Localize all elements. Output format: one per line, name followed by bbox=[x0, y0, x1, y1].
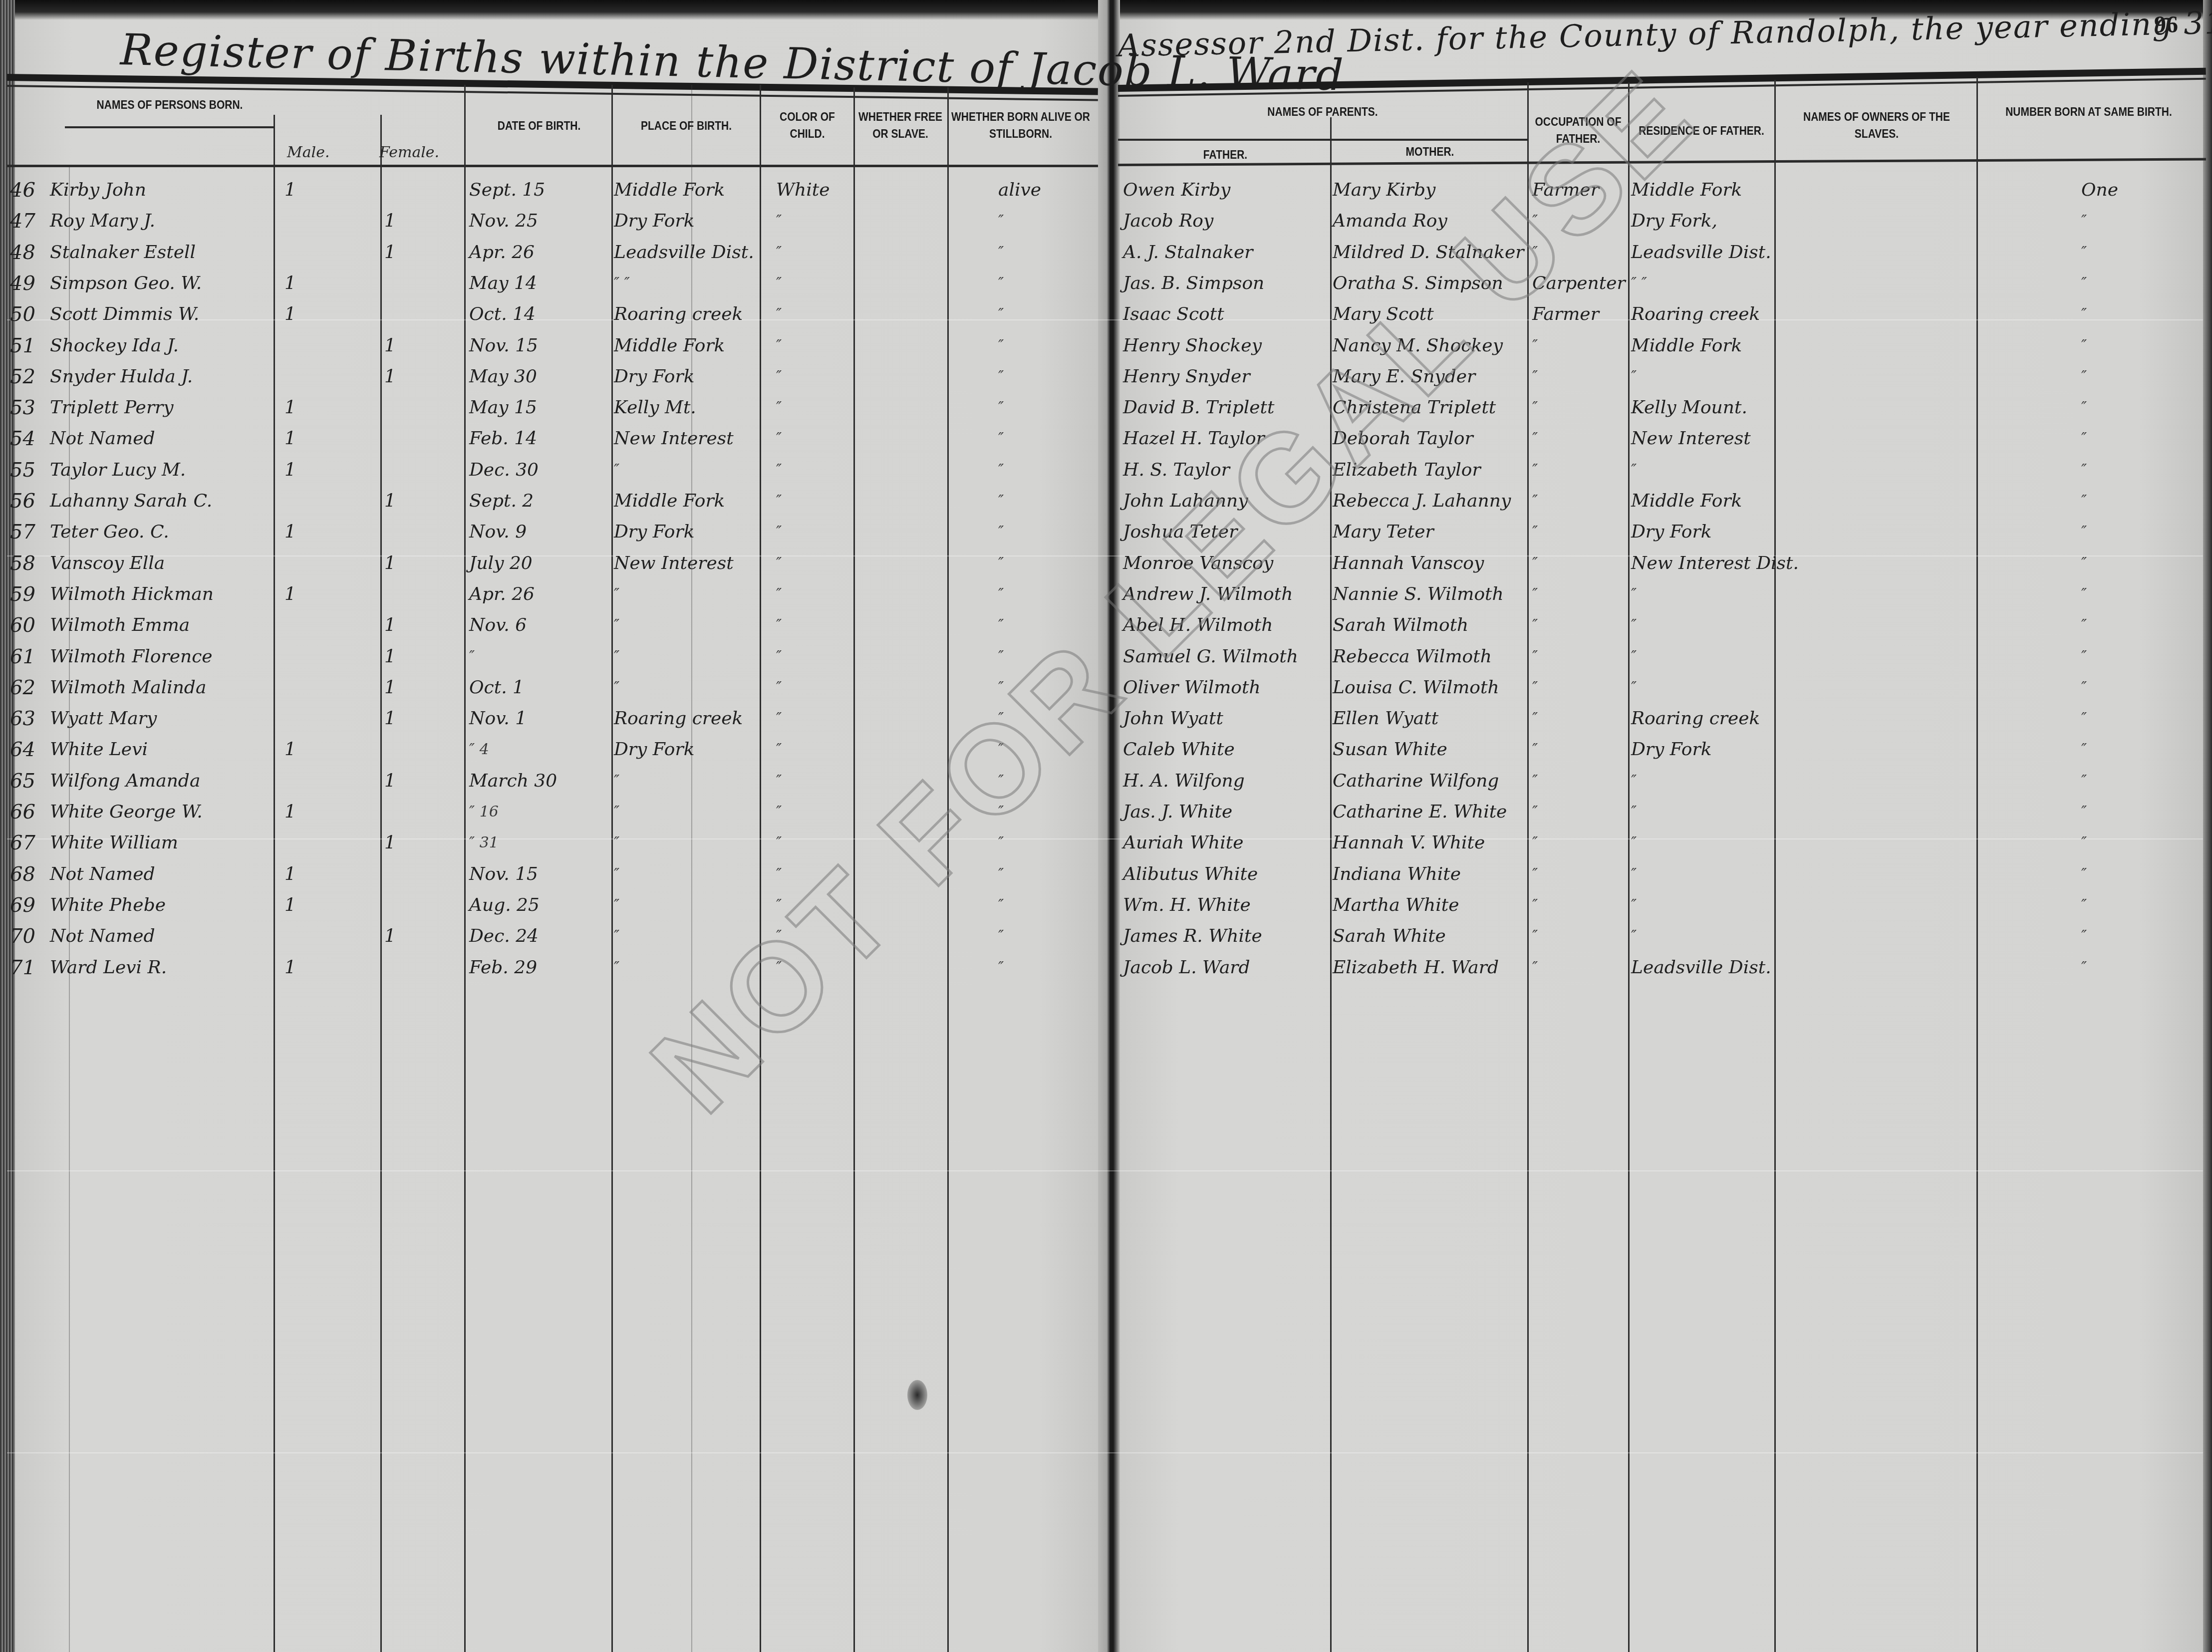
alive-or-stillborn: ″ bbox=[998, 579, 1004, 610]
place-of-birth: Middle Fork bbox=[614, 486, 725, 517]
color-of-child: ″ bbox=[776, 268, 782, 299]
place-of-birth: Dry Fork bbox=[614, 361, 695, 392]
place-of-birth: Dry Fork bbox=[614, 734, 695, 765]
record-number: 55 bbox=[10, 455, 35, 486]
date-of-birth: May 14 bbox=[469, 268, 537, 299]
alive-or-stillborn: ″ bbox=[998, 486, 1004, 517]
father-name: Caleb White bbox=[1123, 734, 1235, 765]
date-of-birth: ″ 31 bbox=[469, 827, 499, 858]
names-subrule bbox=[65, 126, 275, 128]
header-date-of-birth: DATE OF BIRTH. bbox=[469, 118, 609, 135]
father-residence: ″ bbox=[1631, 890, 1637, 921]
color-of-child: ″ bbox=[776, 734, 782, 765]
father-occupation: ″ bbox=[1532, 579, 1538, 610]
place-of-birth: ″ bbox=[614, 827, 619, 858]
mother-name: Mary Kirby bbox=[1333, 175, 1435, 206]
alive-or-stillborn: ″ bbox=[998, 361, 1004, 392]
place-of-birth: ″ bbox=[614, 455, 619, 486]
father-occupation: ″ bbox=[1532, 797, 1538, 827]
date-of-birth: Oct. 14 bbox=[469, 299, 536, 330]
date-of-birth: July 20 bbox=[469, 548, 533, 579]
table-row: 69 White Phebe 1 Aug. 25 ″ ″ ″ Wm. H. Wh… bbox=[0, 890, 2212, 921]
alive-or-stillborn: ″ bbox=[998, 237, 1004, 268]
place-of-birth: ″ bbox=[614, 610, 619, 641]
table-row: 55 Taylor Lucy M. 1 Dec. 30 ″ ″ ″ H. S. … bbox=[0, 455, 2212, 486]
female-count: 1 bbox=[384, 827, 396, 858]
child-name: Shockey Ida J. bbox=[50, 330, 179, 361]
place-of-birth: Roaring creek bbox=[614, 703, 743, 734]
child-name: White Levi bbox=[50, 734, 148, 765]
place-of-birth: ″ bbox=[614, 641, 619, 672]
male-count: 1 bbox=[284, 734, 296, 765]
header-female: Female. bbox=[379, 144, 439, 161]
record-number: 46 bbox=[10, 175, 35, 206]
mother-name: Hannah Vanscoy bbox=[1333, 548, 1484, 579]
number-born: ″ bbox=[2081, 548, 2087, 579]
female-count: 1 bbox=[384, 641, 396, 672]
number-born: ″ bbox=[2081, 517, 2087, 548]
male-count: 1 bbox=[284, 579, 296, 610]
color-of-child: ″ bbox=[776, 455, 782, 486]
alive-or-stillborn: ″ bbox=[998, 610, 1004, 641]
record-number: 61 bbox=[10, 641, 35, 672]
alive-or-stillborn: ″ bbox=[998, 517, 1004, 548]
child-name: Kirby John bbox=[50, 175, 146, 206]
number-born: ″ bbox=[2081, 921, 2087, 952]
male-count: 1 bbox=[284, 952, 296, 983]
father-residence: New Interest bbox=[1631, 423, 1751, 454]
header-male: Male. bbox=[287, 144, 330, 161]
record-number: 56 bbox=[10, 486, 35, 517]
ruled-line bbox=[7, 1452, 2203, 1453]
date-of-birth: Sept. 2 bbox=[469, 486, 534, 517]
father-residence: Roaring creek bbox=[1631, 299, 1760, 330]
mother-name: Martha White bbox=[1333, 890, 1459, 921]
father-occupation: ″ bbox=[1532, 734, 1538, 765]
record-number: 71 bbox=[10, 952, 35, 983]
number-born: ″ bbox=[2081, 237, 2087, 268]
father-occupation: ″ bbox=[1532, 455, 1538, 486]
record-number: 68 bbox=[10, 859, 35, 890]
father-occupation: ″ bbox=[1532, 330, 1538, 361]
color-of-child: ″ bbox=[776, 641, 782, 672]
father-residence: ″ bbox=[1631, 859, 1637, 890]
date-of-birth: Apr. 26 bbox=[469, 579, 535, 610]
color-of-child: ″ bbox=[776, 206, 782, 237]
father-residence: ″ ″ bbox=[1631, 268, 1647, 299]
date-of-birth: Sept. 15 bbox=[469, 175, 545, 206]
number-born: ″ bbox=[2081, 299, 2087, 330]
color-of-child: ″ bbox=[776, 423, 782, 454]
color-of-child: ″ bbox=[776, 517, 782, 548]
father-name: Jacob Roy bbox=[1123, 206, 1213, 237]
table-row: 71 Ward Levi R. 1 Feb. 29 ″ ″ ″ Jacob L.… bbox=[0, 952, 2212, 983]
female-count: 1 bbox=[384, 548, 396, 579]
place-of-birth: ″ bbox=[614, 890, 619, 921]
date-of-birth: Oct. 1 bbox=[469, 672, 524, 703]
table-row: 48 Stalnaker Estell 1 Apr. 26 Leadsville… bbox=[0, 237, 2212, 268]
record-number: 62 bbox=[10, 672, 35, 703]
father-name: Jas. B. Simpson bbox=[1123, 268, 1264, 299]
female-count: 1 bbox=[384, 486, 396, 517]
father-residence: ″ bbox=[1631, 361, 1637, 392]
child-name: Wilmoth Hickman bbox=[50, 579, 214, 610]
number-born: ″ bbox=[2081, 703, 2087, 734]
mother-name: Hannah V. White bbox=[1333, 827, 1485, 858]
father-residence: ″ bbox=[1631, 455, 1637, 486]
number-born: ″ bbox=[2081, 797, 2087, 827]
place-of-birth: Kelly Mt. bbox=[614, 392, 696, 423]
date-of-birth: Dec. 24 bbox=[469, 921, 539, 952]
header-mother: MOTHER. bbox=[1333, 144, 1527, 161]
color-of-child: ″ bbox=[776, 579, 782, 610]
date-of-birth: Nov. 6 bbox=[469, 610, 527, 641]
place-of-birth: Middle Fork bbox=[614, 175, 725, 206]
father-occupation: ″ bbox=[1532, 766, 1538, 797]
table-row: 67 White William 1 ″ 31 ″ ″ ″ Auriah Whi… bbox=[0, 827, 2212, 858]
number-born: ″ bbox=[2081, 672, 2087, 703]
father-residence: ″ bbox=[1631, 672, 1637, 703]
number-born: ″ bbox=[2081, 268, 2087, 299]
number-born: ″ bbox=[2081, 734, 2087, 765]
male-count: 1 bbox=[284, 517, 296, 548]
male-count: 1 bbox=[284, 423, 296, 454]
ledger-spread: 96 Register of Births within the Distric… bbox=[0, 0, 2212, 1652]
color-of-child: ″ bbox=[776, 610, 782, 641]
mother-name: Catharine E. White bbox=[1333, 797, 1507, 827]
child-name: Teter Geo. C. bbox=[50, 517, 169, 548]
father-name: H. A. Wilfong bbox=[1123, 766, 1245, 797]
color-of-child: ″ bbox=[776, 486, 782, 517]
color-of-child: ″ bbox=[776, 548, 782, 579]
mother-name: Sarah Wilmoth bbox=[1333, 610, 1468, 641]
date-of-birth: Nov. 25 bbox=[469, 206, 538, 237]
table-row: 46 Kirby John 1 Sept. 15 Middle Fork Whi… bbox=[0, 175, 2212, 206]
number-born: ″ bbox=[2081, 827, 2087, 858]
father-name: Jas. J. White bbox=[1123, 797, 1232, 827]
record-number: 63 bbox=[10, 703, 35, 734]
father-occupation: ″ bbox=[1532, 827, 1538, 858]
female-count: 1 bbox=[384, 921, 396, 952]
father-name: Henry Snyder bbox=[1123, 361, 1250, 392]
table-row: 53 Triplett Perry 1 May 15 Kelly Mt. ″ ″… bbox=[0, 392, 2212, 423]
color-of-child: ″ bbox=[776, 827, 782, 858]
mother-name: Catharine Wilfong bbox=[1333, 766, 1499, 797]
table-row: 49 Simpson Geo. W. 1 May 14 ″ ″ ″ ″ Jas.… bbox=[0, 268, 2212, 299]
table-row: 70 Not Named 1 Dec. 24 ″ ″ ″ James R. Wh… bbox=[0, 921, 2212, 952]
father-residence: Roaring creek bbox=[1631, 703, 1760, 734]
child-name: White Phebe bbox=[50, 890, 166, 921]
father-name: Wm. H. White bbox=[1123, 890, 1251, 921]
female-count: 1 bbox=[384, 206, 396, 237]
number-born: ″ bbox=[2081, 423, 2087, 454]
record-number: 50 bbox=[10, 299, 35, 330]
father-occupation: ″ bbox=[1532, 392, 1538, 423]
table-row: 52 Snyder Hulda J. 1 May 30 Dry Fork ″ ″… bbox=[0, 361, 2212, 392]
child-name: White William bbox=[50, 827, 178, 858]
alive-or-stillborn: ″ bbox=[998, 952, 1004, 983]
record-number: 59 bbox=[10, 579, 35, 610]
number-born: ″ bbox=[2081, 641, 2087, 672]
record-number: 65 bbox=[10, 766, 35, 797]
record-number: 51 bbox=[10, 330, 35, 361]
color-of-child: ″ bbox=[776, 330, 782, 361]
header-names-of-persons-born: NAMES OF PERSONS BORN. bbox=[80, 97, 260, 114]
color-of-child: White bbox=[776, 175, 829, 206]
table-row: 66 White George W. 1 ″ 16 ″ ″ ″ Jas. J. … bbox=[0, 797, 2212, 827]
father-residence: Dry Fork bbox=[1631, 517, 1712, 548]
father-residence: ″ bbox=[1631, 579, 1637, 610]
date-of-birth: Nov. 15 bbox=[469, 330, 538, 361]
record-number: 70 bbox=[10, 921, 35, 952]
mother-name: Indiana White bbox=[1333, 859, 1461, 890]
alive-or-stillborn: ″ bbox=[998, 455, 1004, 486]
father-occupation: ″ bbox=[1532, 361, 1538, 392]
alive-or-stillborn: ″ bbox=[998, 299, 1004, 330]
place-of-birth: Dry Fork bbox=[614, 517, 695, 548]
ruled-line bbox=[7, 1170, 2203, 1171]
child-name: Not Named bbox=[50, 423, 155, 454]
father-residence: Middle Fork bbox=[1631, 330, 1742, 361]
child-name: Wilmoth Florence bbox=[50, 641, 213, 672]
father-name: James R. White bbox=[1123, 921, 1262, 952]
record-number: 54 bbox=[10, 423, 35, 454]
place-of-birth: ″ bbox=[614, 766, 619, 797]
color-of-child: ″ bbox=[776, 392, 782, 423]
place-of-birth: New Interest bbox=[614, 423, 734, 454]
date-of-birth: Aug. 25 bbox=[469, 890, 540, 921]
male-count: 1 bbox=[284, 890, 296, 921]
place-of-birth: New Interest bbox=[614, 548, 734, 579]
child-name: White George W. bbox=[50, 797, 203, 827]
child-name: Wilfong Amanda bbox=[50, 766, 200, 797]
table-row: 56 Lahanny Sarah C. 1 Sept. 2 Middle For… bbox=[0, 486, 2212, 517]
color-of-child: ″ bbox=[776, 299, 782, 330]
father-residence: Kelly Mount. bbox=[1631, 392, 1747, 423]
child-name: Snyder Hulda J. bbox=[50, 361, 193, 392]
record-number: 66 bbox=[10, 797, 35, 827]
female-count: 1 bbox=[384, 766, 396, 797]
father-residence: ″ bbox=[1631, 921, 1637, 952]
child-name: Lahanny Sarah C. bbox=[50, 486, 212, 517]
record-number: 47 bbox=[10, 206, 35, 237]
male-count: 1 bbox=[284, 859, 296, 890]
date-of-birth: Nov. 1 bbox=[469, 703, 527, 734]
father-residence: Leadsville Dist. bbox=[1631, 237, 1771, 268]
child-name: Ward Levi R. bbox=[50, 952, 167, 983]
father-occupation: ″ bbox=[1532, 641, 1538, 672]
female-count: 1 bbox=[384, 237, 396, 268]
ink-stain bbox=[907, 1380, 927, 1410]
number-born: ″ bbox=[2081, 579, 2087, 610]
child-name: Triplett Perry bbox=[50, 392, 174, 423]
place-of-birth: ″ bbox=[614, 579, 619, 610]
date-of-birth: Dec. 30 bbox=[469, 455, 539, 486]
record-number: 52 bbox=[10, 361, 35, 392]
header-place-of-birth: PLACE OF BIRTH. bbox=[616, 118, 756, 135]
female-count: 1 bbox=[384, 361, 396, 392]
father-occupation: ″ bbox=[1532, 890, 1538, 921]
father-name: A. J. Stalnaker bbox=[1123, 237, 1253, 268]
father-residence: ″ bbox=[1631, 610, 1637, 641]
number-born: ″ bbox=[2081, 610, 2087, 641]
father-occupation: ″ bbox=[1532, 610, 1538, 641]
male-count: 1 bbox=[284, 455, 296, 486]
father-residence: ″ bbox=[1631, 766, 1637, 797]
record-number: 49 bbox=[10, 268, 35, 299]
child-name: Wyatt Mary bbox=[50, 703, 157, 734]
parents-subrule bbox=[1118, 139, 1527, 141]
header-rule-left bbox=[7, 165, 1098, 167]
header-owners-of-slaves: NAMES OF OWNERS OF THE SLAVES. bbox=[1787, 109, 1966, 143]
child-name: Wilmoth Malinda bbox=[50, 672, 206, 703]
number-born: ″ bbox=[2081, 890, 2087, 921]
place-of-birth: Middle Fork bbox=[614, 330, 725, 361]
child-name: Scott Dimmis W. bbox=[50, 299, 199, 330]
father-residence: New Interest Dist. bbox=[1631, 548, 1799, 579]
alive-or-stillborn: ″ bbox=[998, 890, 1004, 921]
male-count: 1 bbox=[284, 797, 296, 827]
alive-or-stillborn: ″ bbox=[998, 330, 1004, 361]
alive-or-stillborn: ″ bbox=[998, 268, 1004, 299]
color-of-child: ″ bbox=[776, 361, 782, 392]
color-of-child: ″ bbox=[776, 797, 782, 827]
father-occupation: ″ bbox=[1532, 517, 1538, 548]
header-color-of-child: COLOR OF CHILD. bbox=[766, 109, 848, 143]
place-of-birth: Roaring creek bbox=[614, 299, 743, 330]
female-count: 1 bbox=[384, 672, 396, 703]
record-number: 64 bbox=[10, 734, 35, 765]
number-born: ″ bbox=[2081, 766, 2087, 797]
male-count: 1 bbox=[284, 299, 296, 330]
alive-or-stillborn: ″ bbox=[998, 206, 1004, 237]
father-residence: Middle Fork bbox=[1631, 486, 1742, 517]
male-count: 1 bbox=[284, 392, 296, 423]
female-count: 1 bbox=[384, 703, 396, 734]
child-name: Wilmoth Emma bbox=[50, 610, 190, 641]
date-of-birth: Feb. 14 bbox=[469, 423, 537, 454]
number-born: ″ bbox=[2081, 859, 2087, 890]
color-of-child: ″ bbox=[776, 766, 782, 797]
father-residence: Dry Fork bbox=[1631, 734, 1712, 765]
table-row: 54 Not Named 1 Feb. 14 New Interest ″ ″ … bbox=[0, 423, 2212, 454]
child-name: Taylor Lucy M. bbox=[50, 455, 186, 486]
date-of-birth: May 30 bbox=[469, 361, 537, 392]
record-number: 58 bbox=[10, 548, 35, 579]
place-of-birth: ″ bbox=[614, 672, 619, 703]
place-of-birth: ″ bbox=[614, 921, 619, 952]
color-of-child: ″ bbox=[776, 703, 782, 734]
number-born: ″ bbox=[2081, 392, 2087, 423]
father-occupation: ″ bbox=[1532, 423, 1538, 454]
alive-or-stillborn: ″ bbox=[998, 548, 1004, 579]
place-of-birth: ″ bbox=[614, 797, 619, 827]
mother-name: Ellen Wyatt bbox=[1333, 703, 1438, 734]
mother-name: Mary Teter bbox=[1333, 517, 1434, 548]
father-residence: ″ bbox=[1631, 641, 1637, 672]
mother-name: Nannie S. Wilmoth bbox=[1333, 579, 1504, 610]
record-number: 69 bbox=[10, 890, 35, 921]
alive-or-stillborn: ″ bbox=[998, 423, 1004, 454]
child-name: Simpson Geo. W. bbox=[50, 268, 202, 299]
table-row: 51 Shockey Ida J. 1 Nov. 15 Middle Fork … bbox=[0, 330, 2212, 361]
table-row: 68 Not Named 1 Nov. 15 ″ ″ ″ Alibutus Wh… bbox=[0, 859, 2212, 890]
child-name: Stalnaker Estell bbox=[50, 237, 196, 268]
father-name: Henry Shockey bbox=[1123, 330, 1262, 361]
table-row: 65 Wilfong Amanda 1 March 30 ″ ″ ″ H. A.… bbox=[0, 766, 2212, 797]
header-names-of-parents: NAMES OF PARENTS. bbox=[1148, 104, 1497, 121]
date-of-birth: Nov. 15 bbox=[469, 859, 538, 890]
number-born: One bbox=[2081, 175, 2118, 206]
child-name: Roy Mary J. bbox=[50, 206, 155, 237]
place-of-birth: ″ bbox=[614, 859, 619, 890]
table-row: 50 Scott Dimmis W. 1 Oct. 14 Roaring cre… bbox=[0, 299, 2212, 330]
table-row: 57 Teter Geo. C. 1 Nov. 9 Dry Fork ″ ″ J… bbox=[0, 517, 2212, 548]
date-of-birth: Nov. 9 bbox=[469, 517, 527, 548]
date-of-birth: ″ 16 bbox=[469, 797, 499, 827]
mother-name: Sarah White bbox=[1333, 921, 1446, 952]
father-occupation: ″ bbox=[1532, 548, 1538, 579]
child-name: Not Named bbox=[50, 921, 155, 952]
father-occupation: ″ bbox=[1532, 921, 1538, 952]
child-name: Vanscoy Ella bbox=[50, 548, 165, 579]
place-of-birth: Dry Fork bbox=[614, 206, 695, 237]
father-occupation: ″ bbox=[1532, 859, 1538, 890]
father-occupation: ″ bbox=[1532, 703, 1538, 734]
father-name: Owen Kirby bbox=[1123, 175, 1230, 206]
male-count: 1 bbox=[284, 268, 296, 299]
male-count: 1 bbox=[284, 175, 296, 206]
header-free-or-slave: WHETHER FREE OR SLAVE. bbox=[854, 109, 946, 143]
record-number: 48 bbox=[10, 237, 35, 268]
place-of-birth: Leadsville Dist. bbox=[614, 237, 754, 268]
alive-or-stillborn: ″ bbox=[998, 392, 1004, 423]
father-name: Alibutus White bbox=[1123, 859, 1258, 890]
header-number-born-same-birth: NUMBER BORN AT SAME BIRTH. bbox=[1984, 104, 2194, 121]
female-count: 1 bbox=[384, 330, 396, 361]
record-number: 57 bbox=[10, 517, 35, 548]
mother-name: Susan White bbox=[1333, 734, 1447, 765]
father-residence: ″ bbox=[1631, 797, 1637, 827]
father-name: Isaac Scott bbox=[1123, 299, 1224, 330]
child-name: Not Named bbox=[50, 859, 155, 890]
alive-or-stillborn: ″ bbox=[998, 921, 1004, 952]
header-father: FATHER. bbox=[1123, 147, 1328, 164]
record-number: 67 bbox=[10, 827, 35, 858]
date-of-birth: Apr. 26 bbox=[469, 237, 535, 268]
color-of-child: ″ bbox=[776, 672, 782, 703]
number-born: ″ bbox=[2081, 486, 2087, 517]
date-of-birth: Feb. 29 bbox=[469, 952, 537, 983]
color-of-child: ″ bbox=[776, 237, 782, 268]
number-born: ″ bbox=[2081, 206, 2087, 237]
alive-or-stillborn: alive bbox=[998, 175, 1041, 206]
place-of-birth: ″ ″ bbox=[614, 268, 630, 299]
number-born: ″ bbox=[2081, 455, 2087, 486]
record-number: 60 bbox=[10, 610, 35, 641]
table-row: 47 Roy Mary J. 1 Nov. 25 Dry Fork ″ ″ Ja… bbox=[0, 206, 2212, 237]
header-alive-or-stillborn: WHETHER BORN ALIVE OR STILLBORN. bbox=[948, 109, 1093, 143]
mother-name: Elizabeth H. Ward bbox=[1333, 952, 1499, 983]
date-of-birth: ″ 4 bbox=[469, 734, 489, 765]
father-residence: ″ bbox=[1631, 827, 1637, 858]
record-number: 53 bbox=[10, 392, 35, 423]
father-occupation: ″ bbox=[1532, 672, 1538, 703]
father-occupation: ″ bbox=[1532, 952, 1538, 983]
date-of-birth: ″ bbox=[469, 641, 475, 672]
number-born: ″ bbox=[2081, 330, 2087, 361]
number-born: ″ bbox=[2081, 952, 2087, 983]
